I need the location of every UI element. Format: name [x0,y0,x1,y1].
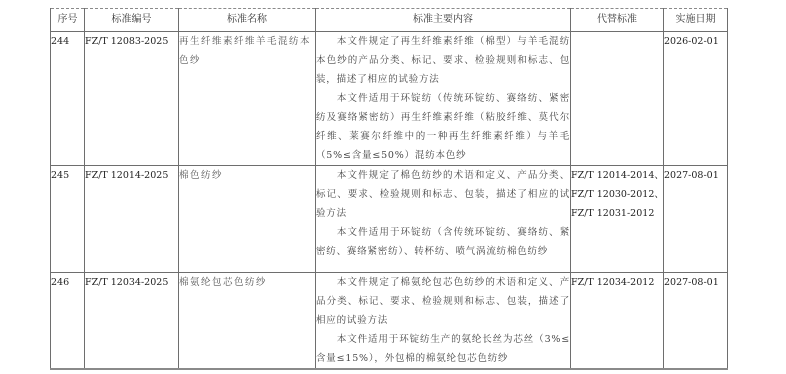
header-date: 实施日期 [664,9,728,32]
cell-code: FZ/T 12014-2025 [85,166,179,273]
header-replace: 代替标准 [571,9,664,32]
cell-name: 棉氨纶包芯色纺纱 [179,273,316,370]
header-no: 序号 [51,9,85,32]
cell-name: 再生纤维素纤维羊毛混纺本色纱 [179,32,316,166]
cell-replace [571,32,664,166]
table-row: 245 FZ/T 12014-2025 棉色纺纱 本文件规定了棉色纺纱的术语和定… [51,166,728,273]
cell-date: 2026-02-01 [664,32,728,166]
cell-no: 244 [51,32,85,166]
standards-table: 序号 标准编号 标准名称 标准主要内容 代替标准 实施日期 244 FZ/T 1… [50,8,728,370]
cell-content: 本文件规定了棉色纺纱的术语和定义、产品分类、标记、要求、检验规则和标志、包装，描… [316,166,571,273]
cell-no: 245 [51,166,85,273]
cell-replace: FZ/T 12014-2014、 FZ/T 12030-2012、 FZ/T 1… [571,166,664,273]
cell-date: 2027-08-01 [664,166,728,273]
cell-content: 本文件规定了再生纤维素纤维（棉型）与羊毛混纺本色纱的产品分类、标记、要求、检验规… [316,32,571,166]
content-paragraph: 本文件适用于环锭纺生产的氨纶长丝为芯丝（3%≤含量≤15%），外包棉的棉氨纶包芯… [316,330,570,368]
content-paragraph: 本文件规定了棉色纺纱的术语和定义、产品分类、标记、要求、检验规则和标志、包装，描… [316,166,570,223]
content-paragraph: 本文件适用于环锭纺（含传统环锭纺、赛络纺、紧密纺、赛络紧密纺）、转杯纺、喷气涡流… [316,223,570,261]
replaced-standard: FZ/T 12034-2012 [571,273,663,292]
replaced-standard: FZ/T 12014-2014、 [571,166,663,185]
content-paragraph: 本文件规定了再生纤维素纤维（棉型）与羊毛混纺本色纱的产品分类、标记、要求、检验规… [316,32,570,89]
cell-no: 246 [51,273,85,370]
table-header-row: 序号 标准编号 标准名称 标准主要内容 代替标准 实施日期 [51,9,728,32]
header-code: 标准编号 [85,9,179,32]
cell-content: 本文件规定了棉氨纶包芯色纺纱的术语和定义、产品分类、标记、要求、检验规则和标志、… [316,273,571,370]
cell-name: 棉色纺纱 [179,166,316,273]
cell-code: FZ/T 12034-2025 [85,273,179,370]
replaced-standard: FZ/T 12031-2012 [571,204,663,223]
replaced-standard: FZ/T 12030-2012、 [571,185,663,204]
content-paragraph: 本文件适用于环锭纺（传统环锭纺、赛络纺、紧密纺及赛络紧密纺）再生纤维素纤维（粘胶… [316,89,570,165]
table-row: 246 FZ/T 12034-2025 棉氨纶包芯色纺纱 本文件规定了棉氨纶包芯… [51,273,728,370]
header-name: 标准名称 [179,9,316,32]
cell-replace: FZ/T 12034-2012 [571,273,664,370]
header-content: 标准主要内容 [316,9,571,32]
content-paragraph: 本文件规定了棉氨纶包芯色纺纱的术语和定义、产品分类、标记、要求、检验规则和标志、… [316,273,570,330]
cell-code: FZ/T 12083-2025 [85,32,179,166]
table-row: 244 FZ/T 12083-2025 再生纤维素纤维羊毛混纺本色纱 本文件规定… [51,32,728,166]
cell-date: 2027-08-01 [664,273,728,370]
